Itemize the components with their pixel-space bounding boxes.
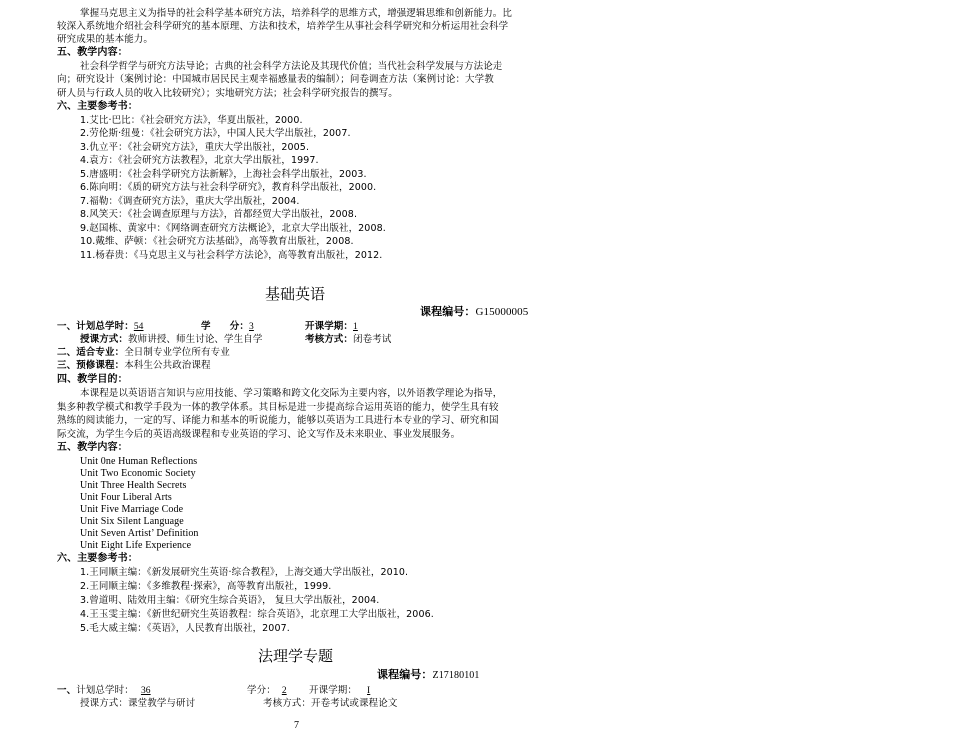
hours-label: 计划总学时：: [76, 685, 134, 696]
method-value: 教师讲授、师生讨论、学生自学: [128, 334, 262, 345]
exam-field: 考核方式：开卷考试或课程论文: [263, 697, 397, 710]
credit-label: 学 分：: [201, 321, 249, 332]
reference-item: 5.毛大威主编：《英语》，人民教育出版社，2007.: [80, 622, 290, 635]
objective-line: 掌握马克思主义为指导的社会科学基本研究方法，培养科学的思维方式，增强逻辑思维和创…: [80, 7, 512, 20]
course-row-hours: 一、计划总学时：54: [57, 320, 156, 334]
section-heading-refs: 六、主要参考书：: [57, 552, 138, 565]
reference-item: 2.王同顺主编：《多维教程·探索》，高等教育出版社，1999.: [80, 580, 331, 593]
reference-item: 7.福勒：《调查研究方法》，重庆大学出版社，2004.: [80, 195, 299, 208]
course-code-label: 课程编号：: [377, 668, 433, 681]
credit-label: 学分：: [247, 685, 276, 696]
section-heading-objective: 四、教学目的：: [57, 373, 128, 386]
content-line: 社会科学哲学与研究方法导论；古典的社会科学方法论及其现代价值；当代社会科学发展与…: [80, 60, 502, 73]
row-prefix: 一、: [57, 321, 76, 332]
reference-item: 9.赵国栋、黄家中：《网络调查研究方法概论》，北京大学出版社，2008.: [80, 222, 386, 235]
course-code-value: Z17180101: [433, 670, 480, 681]
reference-item: 11.杨春贵：《马克思主义与社会科学方法论》，高等教育出版社，2012.: [80, 249, 382, 262]
objective-line: 际交流，为学生今后的英语高级课程和专业英语的学习、论文写作及未来职业、事业发展服…: [57, 428, 460, 441]
term-field: 开课学期：1: [305, 320, 363, 334]
row-prefix: 一、: [57, 685, 76, 696]
prereq-label: 三、预修课程：: [57, 360, 124, 371]
course-title: 法理学专题: [258, 647, 333, 665]
term-field: 开课学期：I: [309, 684, 389, 698]
major-label: 二、适合专业：: [57, 347, 124, 358]
major-value: 全日制专业学位所有专业: [124, 347, 230, 358]
section-heading-refs: 六、主要参考书：: [57, 100, 138, 113]
method-field: 授课方式：课堂教学与研讨: [80, 697, 195, 710]
course-code-value: G15000005: [476, 306, 529, 318]
method-label: 授课方式：: [80, 698, 128, 709]
document-page: 掌握马克思主义为指导的社会科学基本研究方法，培养科学的思维方式，增强逻辑思维和创…: [0, 0, 960, 736]
term-label: 开课学期：: [309, 685, 357, 696]
method-label: 授课方式：: [80, 334, 128, 345]
reference-item: 6.陈向明：《质的研究方法与社会科学研究》，教育科学出版社，2000.: [80, 181, 376, 194]
reference-item: 1.王同顺主编：《新发展研究生英语·综合教程》，上海交通大学出版社，2010.: [80, 566, 408, 579]
objective-line: 本课程是以英语语言知识与应用技能、学习策略和跨文化交际为主要内容，以外语教学理论…: [80, 387, 502, 400]
reference-item: 1.艾比·巴比：《社会研究方法》，华夏出版社，2000.: [80, 114, 303, 127]
reference-item: 3.曾道明、陆效用主编：《研究生综合英语》， 复旦大学出版社，2004.: [80, 594, 379, 607]
reference-item: 2.劳伦斯·纽曼：《社会研究方法》，中国人民大学出版社，2007.: [80, 127, 351, 140]
reference-item: 4.袁方：《社会研究方法教程》，北京大学出版社，1997.: [80, 154, 319, 167]
course-title: 基础英语: [265, 285, 325, 303]
course-row-hours: 一、计划总学时： 36: [57, 684, 165, 698]
exam-label: 考核方式：: [263, 698, 311, 709]
hours-label: 计划总学时：: [76, 321, 134, 332]
objective-line: 研究成果的基本能力。: [57, 33, 153, 46]
course-code: 课程编号：Z17180101: [377, 668, 480, 682]
reference-item: 8.风笑天：《社会调查原理与方法》，首都经贸大学出版社，2008.: [80, 208, 357, 221]
reference-item: 3.仇立平：《社会研究方法》，重庆大学出版社，2005.: [80, 141, 309, 154]
reference-item: 5.唐盛明：《社会科学研究方法新解》，上海社会科学出版社，2003.: [80, 168, 367, 181]
objective-line: 较深入系统地介绍社会科学研究的基本原理、方法和技术，培养学生从事社会科学研究和分…: [57, 20, 508, 33]
exam-field: 考核方式：闭卷考试: [305, 333, 391, 346]
exam-value: 闭卷考试: [353, 334, 391, 345]
credit-field: 学 分：3: [201, 320, 261, 334]
objective-line: 熟练的阅读能力，一定的写、译能力和基本的听说能力，能够以英语为工具进行本专业的学…: [57, 414, 499, 427]
prereq-value: 本科生公共政治课程: [124, 360, 210, 371]
exam-label: 考核方式：: [305, 334, 353, 345]
reference-item: 4.王玉雯主编：《新世纪研究生英语教程：综合英语》，北京理工大学出版社，2006…: [80, 608, 434, 621]
major-field: 二、适合专业：全日制专业学位所有专业: [57, 346, 230, 359]
content-line: 研人员与行政人员的收入比较研究）；实地研究方法；社会科学研究报告的撰写。: [57, 87, 398, 100]
term-label: 开课学期：: [305, 321, 353, 332]
unit-item: Unit Eight Life Experience: [80, 539, 191, 552]
method-field: 授课方式：教师讲授、师生讨论、学生自学: [80, 333, 262, 346]
prereq-field: 三、预修课程：本科生公共政治课程: [57, 359, 211, 372]
section-heading-content: 五、教学内容：: [57, 441, 128, 454]
course-code: 课程编号：G15000005: [420, 305, 528, 319]
content-line: 向；研究设计（案例讨论：中国城市居民民主观幸福感量表的编制）；问卷调查方法（案例…: [57, 73, 494, 86]
course-code-label: 课程编号：: [420, 305, 476, 318]
method-value: 课堂教学与研讨: [128, 698, 195, 709]
page-number: 7: [294, 720, 299, 731]
objective-line: 集多种教学模式和教学手段为一体的教学体系。其目标是进一步提高综合运用英语的能力，…: [57, 401, 499, 414]
exam-value: 开卷考试或课程论文: [311, 698, 397, 709]
reference-item: 10.戴维、萨顿：《社会研究方法基础》，高等教育出版社，2008.: [80, 235, 354, 248]
credit-field: 学分：2: [247, 684, 300, 698]
section-heading-content: 五、教学内容：: [57, 46, 128, 59]
